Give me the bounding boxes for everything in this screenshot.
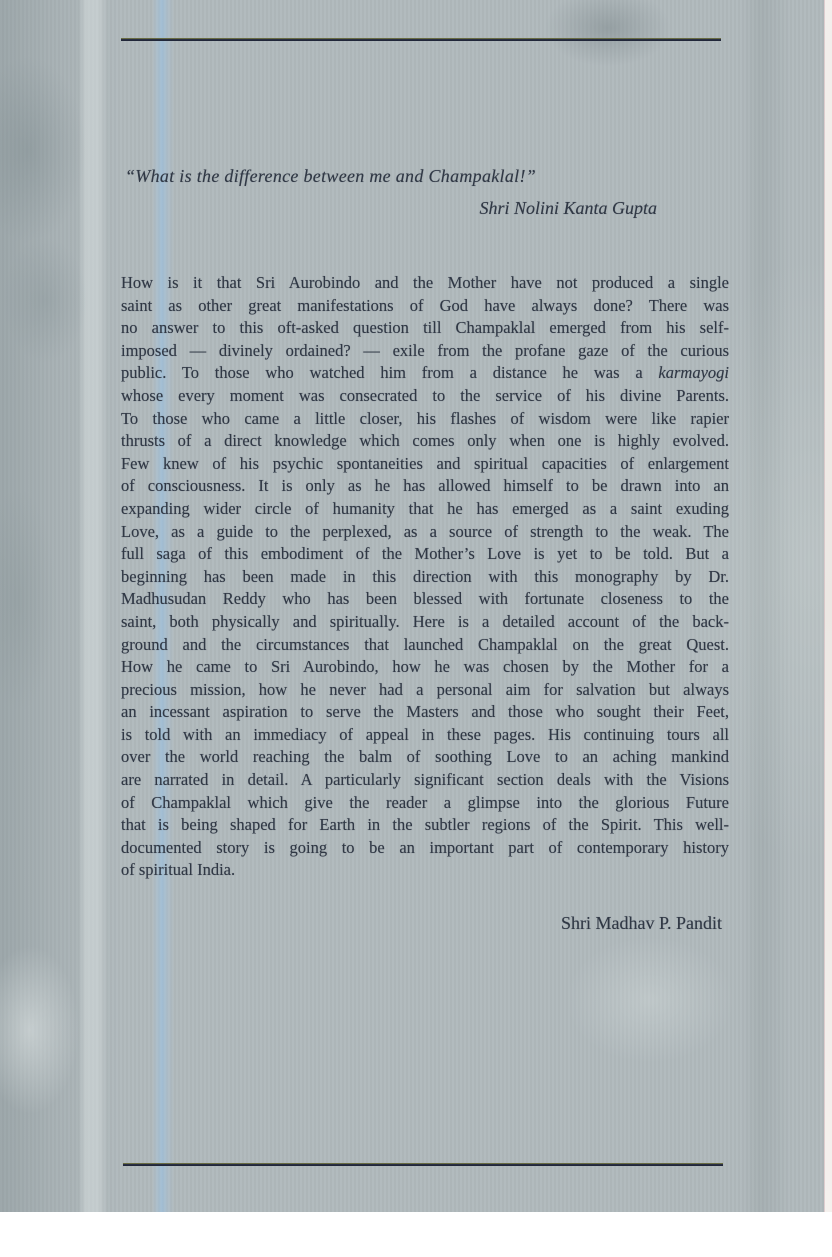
body-text: is told with an immediacy of appeal in t… bbox=[121, 725, 729, 744]
scanned-book-page: “What is the difference between me and C… bbox=[0, 0, 832, 1257]
body-line: Few knew of his psychic spontaneities an… bbox=[121, 453, 729, 476]
body-text: public. To those who watched him from a … bbox=[121, 363, 658, 382]
body-text: whose every moment was consecrated to th… bbox=[121, 386, 729, 405]
body-text: expanding wider circle of humanity that … bbox=[121, 499, 729, 518]
epigraph-attribution: Shri Nolini Kanta Gupta bbox=[125, 195, 657, 221]
body-text: of spiritual India. bbox=[121, 860, 235, 879]
body-line: imposed — divinely ordained? — exile fro… bbox=[121, 340, 729, 363]
body-line: over the world reaching the balm of soot… bbox=[121, 746, 729, 769]
body-line: of Champaklal which give the reader a gl… bbox=[121, 792, 729, 815]
body-text: saint, both physically and spiritually. … bbox=[121, 612, 729, 631]
body-text: How he came to Sri Aurobindo, how he was… bbox=[121, 657, 729, 676]
body-line: is told with an immediacy of appeal in t… bbox=[121, 724, 729, 747]
body-text: To those who came a little closer, his f… bbox=[121, 409, 729, 428]
italic-term: karmayogi bbox=[658, 363, 729, 382]
top-rule bbox=[121, 38, 721, 41]
body-text: imposed — divinely ordained? — exile fro… bbox=[121, 341, 729, 360]
body-line: whose every moment was consecrated to th… bbox=[121, 385, 729, 408]
body-text: saint as other great manifestations of G… bbox=[121, 296, 729, 315]
body-text: thrusts of a direct knowledge which come… bbox=[121, 431, 729, 450]
body-line: saint as other great manifestations of G… bbox=[121, 295, 729, 318]
body-text: over the world reaching the balm of soot… bbox=[121, 747, 729, 766]
body-line: documented story is going to be an impor… bbox=[121, 837, 729, 860]
body-line: ground and the circumstances that launch… bbox=[121, 634, 729, 657]
scan-edge-right bbox=[824, 0, 832, 1212]
body-line: To those who came a little closer, his f… bbox=[121, 408, 729, 431]
body-text: precious mission, how he never had a per… bbox=[121, 680, 729, 699]
body-line: saint, both physically and spiritually. … bbox=[121, 611, 729, 634]
epigraph: “What is the difference between me and C… bbox=[125, 163, 657, 221]
body-text: Few knew of his psychic spontaneities an… bbox=[121, 454, 729, 473]
body-paragraph: How is it that Sri Aurobindo and the Mot… bbox=[121, 272, 729, 882]
body-text: full saga of this embodiment of the Moth… bbox=[121, 544, 729, 563]
body-line: public. To those who watched him from a … bbox=[121, 362, 729, 385]
body-line: Madhusudan Reddy who has been blessed wi… bbox=[121, 588, 729, 611]
body-line: Love, as a guide to the perplexed, as a … bbox=[121, 521, 729, 544]
body-line: that is being shaped for Earth in the su… bbox=[121, 814, 729, 837]
body-text: Madhusudan Reddy who has been blessed wi… bbox=[121, 589, 729, 608]
body-text: ground and the circumstances that launch… bbox=[121, 635, 729, 654]
body-text: Love, as a guide to the perplexed, as a … bbox=[121, 522, 729, 541]
body-text: beginning has been made in this directio… bbox=[121, 567, 729, 586]
body-line: thrusts of a direct knowledge which come… bbox=[121, 430, 729, 453]
body-text: How is it that Sri Aurobindo and the Mot… bbox=[121, 273, 729, 292]
body-text: no answer to this oft-asked question til… bbox=[121, 318, 729, 337]
body-text: of consciousness. It is only as he has a… bbox=[121, 476, 729, 495]
body-line: no answer to this oft-asked question til… bbox=[121, 317, 729, 340]
body-line: How is it that Sri Aurobindo and the Mot… bbox=[121, 272, 729, 295]
body-text: are narrated in detail. A particularly s… bbox=[121, 770, 729, 789]
scan-margin-bottom bbox=[0, 1212, 832, 1257]
body-line: are narrated in detail. A particularly s… bbox=[121, 769, 729, 792]
body-line: beginning has been made in this directio… bbox=[121, 566, 729, 589]
body-line: of consciousness. It is only as he has a… bbox=[121, 475, 729, 498]
body-text: that is being shaped for Earth in the su… bbox=[121, 815, 729, 834]
body-line: an incessant aspiration to serve the Mas… bbox=[121, 701, 729, 724]
body-text: documented story is going to be an impor… bbox=[121, 838, 729, 857]
body-line: precious mission, how he never had a per… bbox=[121, 679, 729, 702]
epigraph-quote: “What is the difference between me and C… bbox=[125, 163, 657, 189]
body-text: an incessant aspiration to serve the Mas… bbox=[121, 702, 729, 721]
body-line: How he came to Sri Aurobindo, how he was… bbox=[121, 656, 729, 679]
body-text: of Champaklal which give the reader a gl… bbox=[121, 793, 729, 812]
bottom-rule bbox=[123, 1163, 723, 1166]
body-line: expanding wider circle of humanity that … bbox=[121, 498, 729, 521]
signature: Shri Madhav P. Pandit bbox=[561, 911, 722, 935]
body-line: of spiritual India. bbox=[121, 859, 729, 882]
body-line: full saga of this embodiment of the Moth… bbox=[121, 543, 729, 566]
